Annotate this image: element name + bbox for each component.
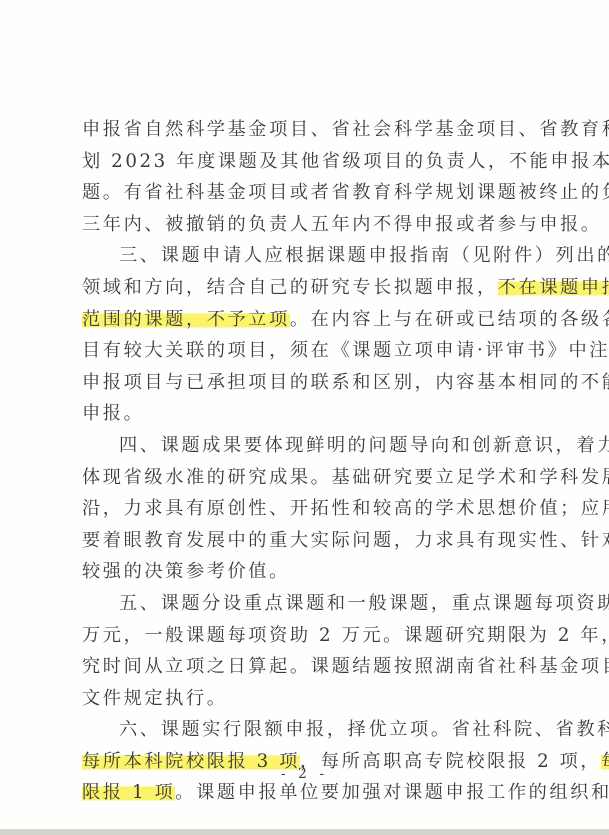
text-line: 划 2023 年度课题及其他省级项目的负责人，不能申报本年度课 [82,146,544,178]
text-line: 要着眼教育发展中的重大实际问题，力求具有现实性、针对性和 [82,525,544,557]
text-line: 万元，一般课题每项资助 2 万元。课题研究期限为 2 年，课题研 [82,620,544,652]
text-line: 领域和方向，结合自己的研究专长拟题申报，不在课题申报指南 [82,272,544,304]
text-line: 体现省级水准的研究成果。基础研究要立足学术和学科发展前 [82,462,544,494]
text-line: 题。有省社科基金项目或者省教育科学规划课题被终止的负责人 [82,177,544,209]
text-line: 较强的决策参考价值。 [82,556,544,588]
text-line: 申报省自然科学基金项目、省社会科学基金项目、省教育科学规 [82,114,544,146]
document-body: 申报省自然科学基金项目、省社会科学基金项目、省教育科学规 划 2023 年度课题… [82,114,544,809]
text-line: 五、课题分设重点课题和一般课题，重点课题每项资助 4 [82,588,544,620]
text-line: 申报。 [82,398,544,430]
highlighted-text: 不在课题申报指南 [498,277,609,298]
text-span: 。课题申报单位要加强对课题申报工作的组织和宣传 [175,782,609,803]
text-line: 六、课题实行限额申报，择优立项。省社科院、省教科院和 [82,714,544,746]
text-line: 三年内、被撤销的负责人五年内不得申报或者参与申报。 [82,209,544,241]
text-line: 三、课题申请人应根据课题申报指南（见附件）列出的研究 [82,240,544,272]
highlighted-text: 限报 1 项 [82,782,175,803]
document-page: 申报省自然科学基金项目、省社会科学基金项目、省教育科学规 划 2023 年度课题… [0,0,609,829]
highlighted-text: 范围的课题，不予立项 [82,309,290,330]
page-edge [0,829,609,835]
text-line: 四、课题成果要体现鲜明的问题导向和创新意识，着力推出 [82,430,544,462]
text-span: 。在内容上与在研或已结项的各级各类项 [290,309,609,330]
text-line: 限报 1 项。课题申报单位要加强对课题申报工作的组织和宣传 [82,777,544,809]
text-line: 沿，力求具有原创性、开拓性和较高的学术思想价值；应用研究 [82,493,544,525]
text-line: 文件规定执行。 [82,683,544,715]
text-line: 目有较大关联的项目，须在《课题立项申请·评审书》中注明所 [82,335,544,367]
text-line: 范围的课题，不予立项。在内容上与在研或已结项的各级各类项 [82,304,544,336]
page-number: - 2 - [0,766,609,782]
text-line: 申报项目与已承担项目的联系和区别，内容基本相同的不能再次 [82,367,544,399]
text-line: 究时间从立项之日算起。课题结题按照湖南省社科基金项目相关 [82,651,544,683]
text-span: 领域和方向，结合自己的研究专长拟题申报， [82,277,498,298]
